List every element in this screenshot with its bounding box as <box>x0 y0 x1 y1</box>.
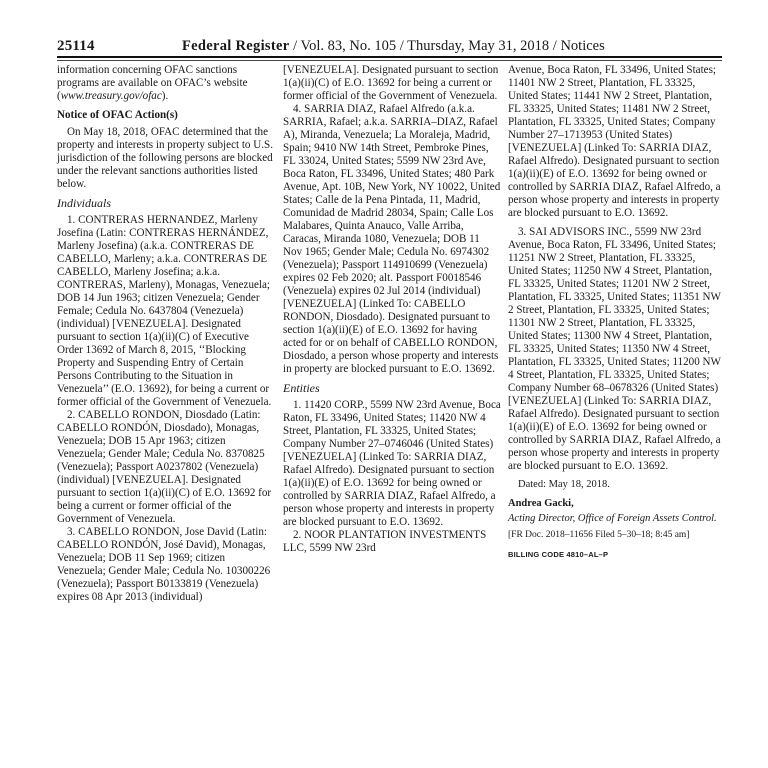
issue-date: Thursday, May 31, 2018 <box>407 38 549 54</box>
volume-number: Vol. 83, No. 105 <box>301 38 397 54</box>
notice-paragraph: On May 18, 2018, OFAC determined that th… <box>57 126 275 191</box>
intro-end: ). <box>162 90 168 102</box>
section-name: Notices <box>560 38 604 54</box>
billing-code: BILLING CODE 4810–AL–P <box>508 548 726 561</box>
signer-name: Andrea Gacki, <box>508 497 726 510</box>
entity-entry-1: 1. 11420 CORP., 5599 NW 23rd Avenue, Boc… <box>283 399 501 529</box>
ofac-website-link[interactable]: www.treasury.gov/ofac <box>61 90 162 102</box>
entities-heading: Entities <box>283 382 501 395</box>
masthead: Federal Register / Vol. 83, No. 105 / Th… <box>182 38 605 55</box>
individuals-heading: Individuals <box>57 197 275 210</box>
page-header: 25114 Federal Register / Vol. 83, No. 10… <box>57 36 722 58</box>
dated-line: Dated: May 18, 2018. <box>508 478 726 491</box>
individual-entry-3-continued: [VENEZUELA]. Designated pursuant to sect… <box>283 64 501 103</box>
separator: / <box>396 38 407 54</box>
individual-entry-1: 1. CONTRERAS HERNANDEZ, Marleny Josefina… <box>57 214 275 409</box>
notice-heading: Notice of OFAC Action(s) <box>57 109 275 122</box>
entity-entry-2: 2. NOOR PLANTATION INVESTMENTS LLC, 5599… <box>283 529 501 555</box>
column-3: Avenue, Boca Raton, FL 33496, United Sta… <box>508 64 726 561</box>
separator: / <box>549 38 560 54</box>
individual-entry-2: 2. CABELLO RONDON, Diosdado (Latin: CABE… <box>57 409 275 526</box>
intro-paragraph: information concerning OFAC sanctions pr… <box>57 64 275 103</box>
individual-entry-4: 4. SARRIA DIAZ, Rafael Alfredo (a.k.a. S… <box>283 103 501 376</box>
separator: / <box>289 38 300 54</box>
individual-entry-3: 3. CABELLO RONDON, Jose David (Latin: CA… <box>57 526 275 604</box>
entity-entry-2-continued: Avenue, Boca Raton, FL 33496, United Sta… <box>508 64 726 220</box>
signer-title: Acting Director, Office of Foreign Asset… <box>508 512 726 525</box>
column-2: [VENEZUELA]. Designated pursuant to sect… <box>283 64 501 555</box>
publication-name: Federal Register <box>182 38 289 54</box>
entity-entry-3: 3. SAI ADVISORS INC., 5599 NW 23rd Avenu… <box>508 226 726 473</box>
fr-doc-line: [FR Doc. 2018–11656 Filed 5–30–18; 8:45 … <box>508 529 726 542</box>
column-1: information concerning OFAC sanctions pr… <box>57 64 275 604</box>
page-number: 25114 <box>57 38 95 55</box>
